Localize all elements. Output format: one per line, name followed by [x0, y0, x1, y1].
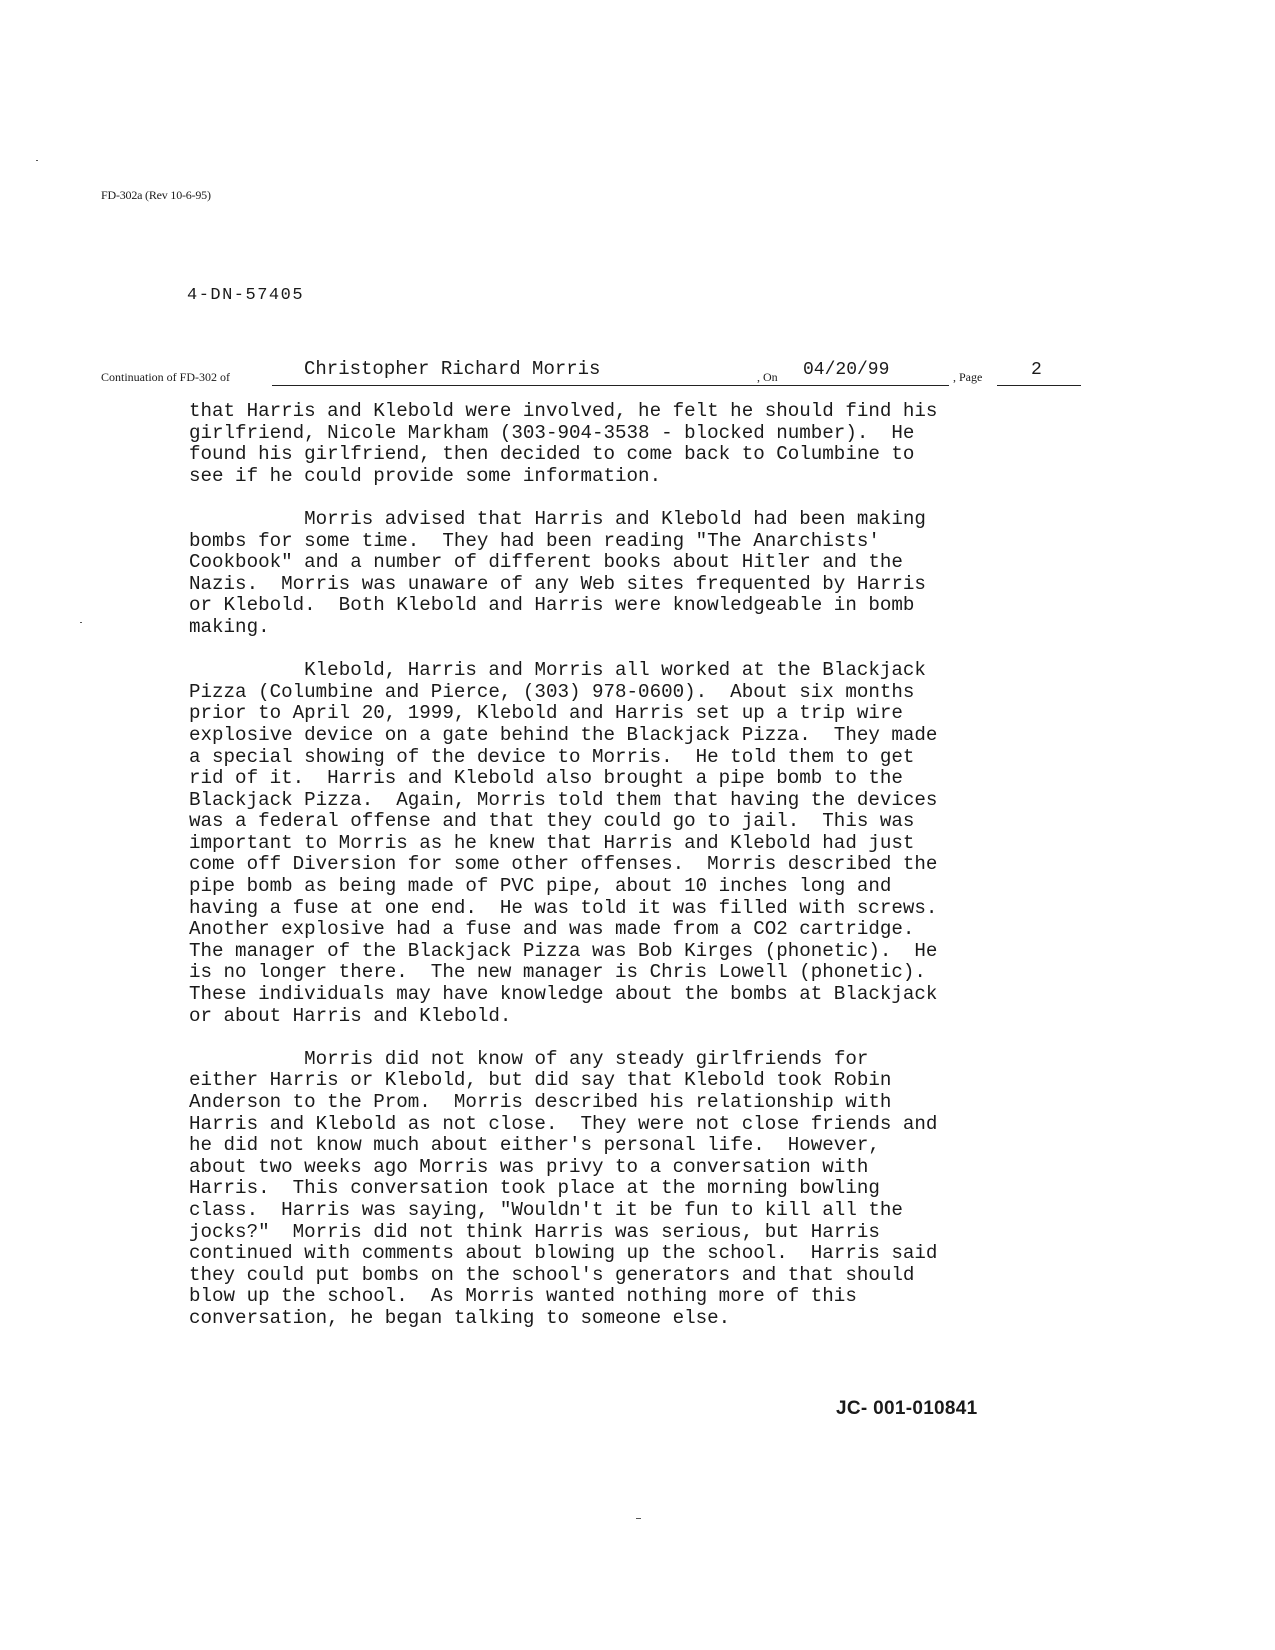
scan-speck — [80, 622, 82, 623]
page-number: 2 — [1031, 360, 1042, 380]
scan-speck — [636, 1518, 641, 1519]
paragraph: Morris advised that Harris and Klebold h… — [189, 509, 1069, 639]
file-number: 4-DN-57405 — [187, 286, 304, 305]
paragraph: Klebold, Harris and Morris all worked at… — [189, 660, 1069, 1027]
subject-name: Christopher Richard Morris — [304, 358, 600, 380]
paragraph: Morris did not know of any steady girlfr… — [189, 1049, 1069, 1330]
form-identifier: FD-302a (Rev 10-6-95) — [101, 188, 211, 203]
page-label: , Page — [953, 370, 982, 385]
date-underline — [801, 385, 949, 386]
continuation-header: Continuation of FD-302 of Christopher Ri… — [101, 358, 1081, 388]
page-underline — [997, 385, 1081, 386]
continuation-label: Continuation of FD-302 of — [101, 370, 230, 385]
scan-speck — [36, 160, 38, 161]
paragraph: that Harris and Klebold were involved, h… — [189, 401, 1069, 487]
interview-date: 04/20/99 — [803, 360, 889, 380]
subject-underline — [272, 385, 854, 386]
bates-stamp: JC- 001-010841 — [836, 1398, 978, 1420]
date-label: , On — [757, 370, 778, 385]
document-body: that Harris and Klebold were involved, h… — [189, 401, 1069, 1351]
